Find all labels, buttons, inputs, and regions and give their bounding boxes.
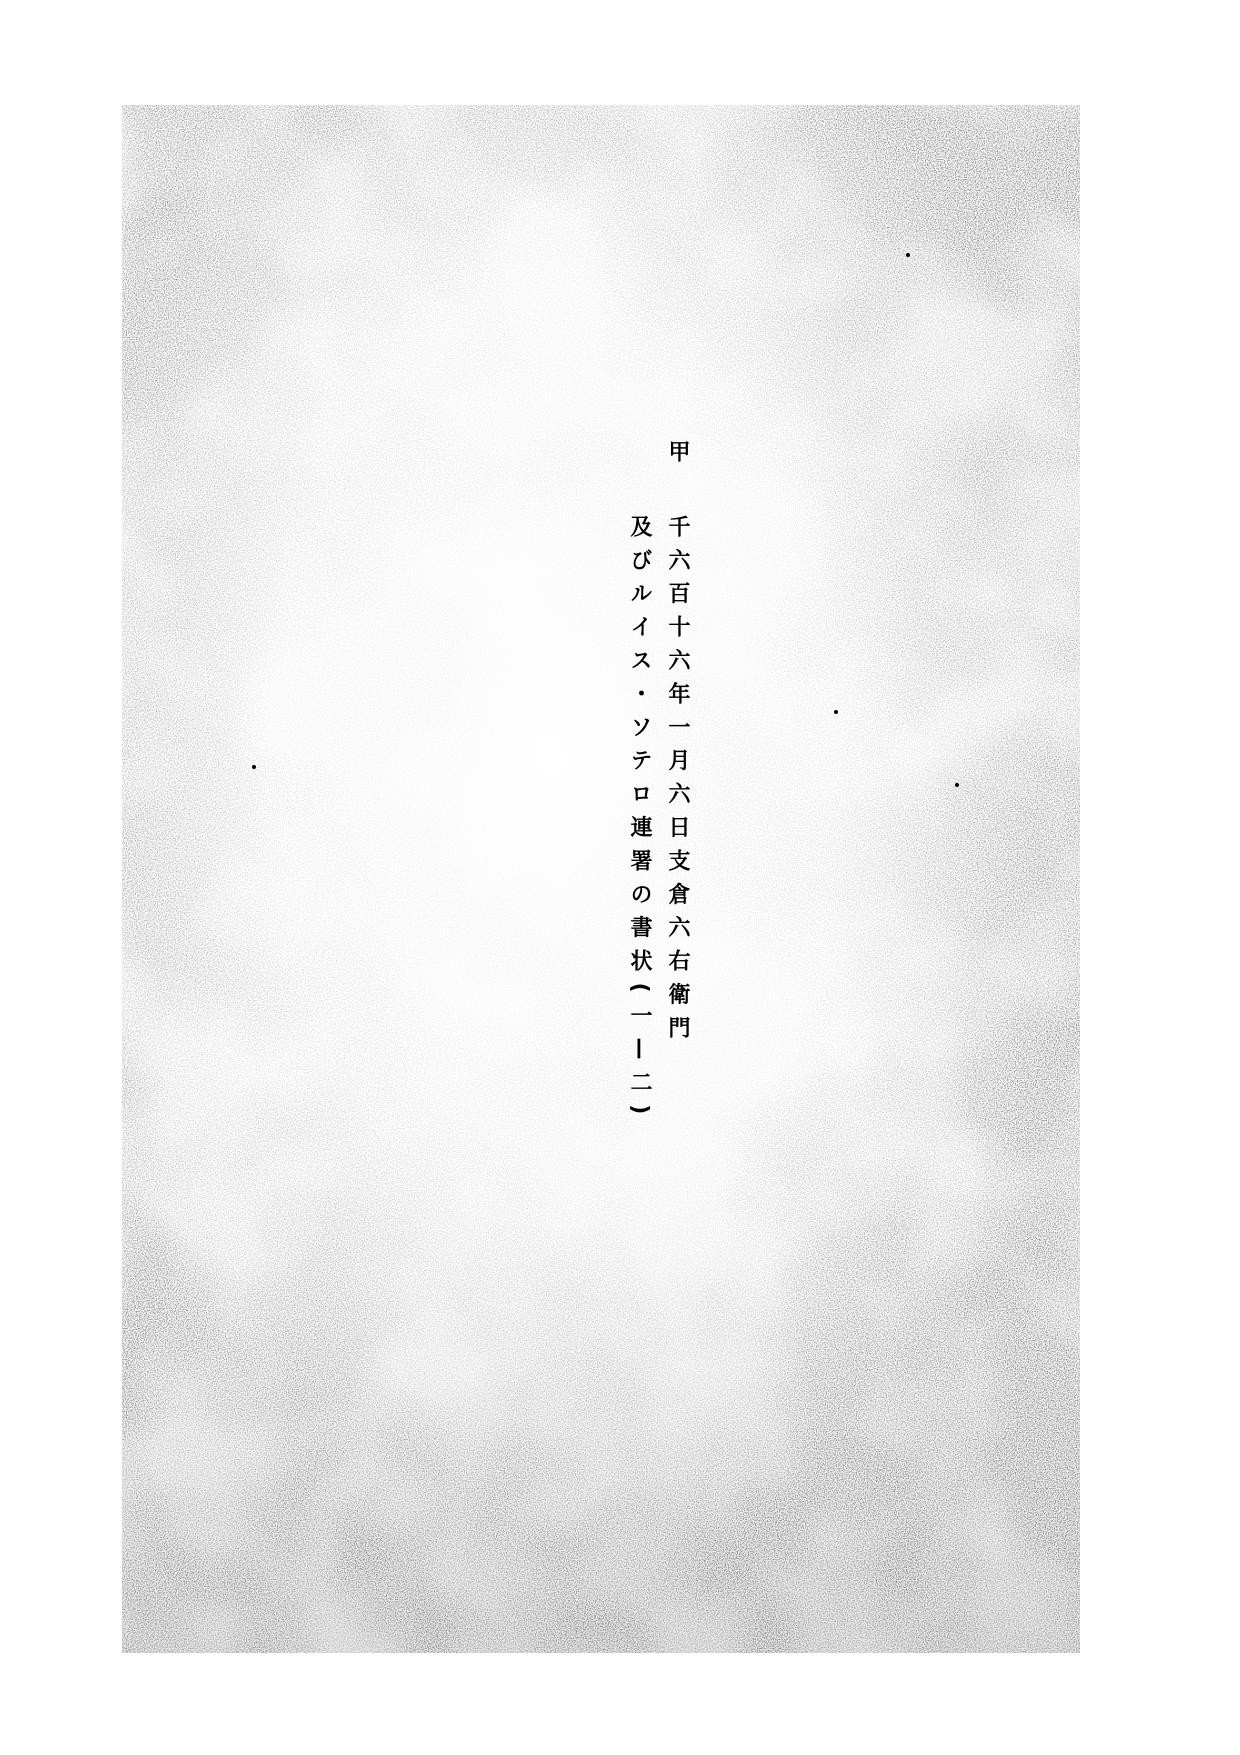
ink-speck: [834, 710, 838, 714]
title-line-2: 及びルイス・ソテロ連署の書状(一—二): [628, 515, 650, 1126]
section-label: 甲: [666, 440, 688, 473]
paper-noise-texture: [122, 105, 1080, 1653]
ink-speck: [955, 783, 959, 787]
title-line-1: 千六百十六年一月六日支倉六右衛門: [666, 515, 688, 1049]
ink-speck: [252, 765, 256, 769]
ink-speck: [906, 253, 910, 257]
scanned-page: 甲 千六百十六年一月六日支倉六右衛門 及びルイス・ソテロ連署の書状(一—二): [122, 105, 1080, 1653]
